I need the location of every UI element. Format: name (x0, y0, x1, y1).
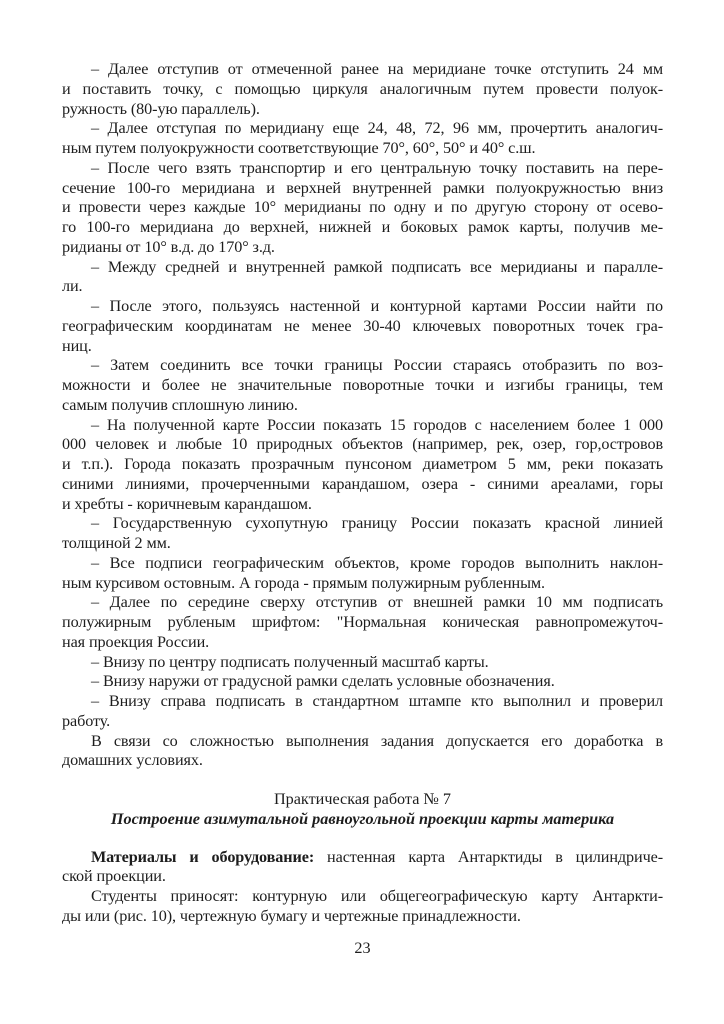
text-line: сечение 100-го меридиана и верхней внутр… (62, 179, 663, 199)
text-line: – Далее отступая по меридиану еще 24, 48… (62, 119, 663, 139)
text-line: ным курсивом остовным. А города - прямым… (62, 574, 663, 594)
paragraph: – На полученной карте России показать 15… (62, 416, 663, 515)
text-line: синими линиями, прочерченными карандашом… (62, 475, 663, 495)
text-line: можности и более не значительные поворот… (62, 376, 663, 396)
text-line: – Внизу наружи от градусной рамки сделат… (62, 672, 663, 692)
paragraph: – Между средней и внутренней рамкой подп… (62, 258, 663, 298)
body-text: – Далее отступив от отмеченной ранее на … (62, 60, 663, 771)
text-run: настенная карта Антарктиды в цилиндриче- (314, 848, 663, 866)
text-line: ли. (62, 277, 663, 297)
text-line: ской проекции. (62, 867, 663, 887)
text-line: 000 человек и любые 10 природных объекто… (62, 435, 663, 455)
text-line: – Затем соединить все точки границы Росс… (62, 356, 663, 376)
paragraph: Студенты приносят: контурную или общегео… (62, 887, 663, 927)
paragraph: В связи со сложностью выполнения задания… (62, 732, 663, 772)
paragraph: Материалы и оборудование: настенная карт… (62, 848, 663, 888)
text-line: и провести через каждые 10° меридианы по… (62, 198, 663, 218)
text-line: – Все подписи географическим объектов, к… (62, 554, 663, 574)
text-line: го 100-го меридиана до верхней, нижней и… (62, 218, 663, 238)
text-line: – На полученной карте России показать 15… (62, 416, 663, 436)
text-line: ридианы от 10° в.д. до 170° з.д. (62, 238, 663, 258)
text-line: географическим координатам не менее 30-4… (62, 317, 663, 337)
text-line: ным путем полуокружности соответствующие… (62, 139, 663, 159)
text-line: ды или (рис. 10), чертежную бумагу и чер… (62, 907, 663, 927)
paragraph: – После чего взять транспортир и его цен… (62, 159, 663, 258)
text-line: домашних условиях. (62, 751, 663, 771)
materials-text: Материалы и оборудование: настенная карт… (62, 848, 663, 927)
text-line: толщиной 2 мм. (62, 534, 663, 554)
paragraph: – Далее по середине сверху отступив от в… (62, 593, 663, 652)
text-line: – После этого, пользуясь настенной и кон… (62, 297, 663, 317)
paragraph: – После этого, пользуясь настенной и кон… (62, 297, 663, 356)
text-line: Материалы и оборудование: настенная карт… (62, 848, 663, 868)
text-line: В связи со сложностью выполнения задания… (62, 732, 663, 752)
section-heading-block: Практическая работа № 7 Построение азиму… (62, 790, 663, 830)
page-number: 23 (62, 939, 663, 959)
text-line: и хребты - коричневым карандашом. (62, 495, 663, 515)
section-title: Практическая работа № 7 (62, 790, 663, 810)
text-line: ная проекция России. (62, 633, 663, 653)
paragraph: – Внизу справа подписать в стандартном ш… (62, 692, 663, 732)
paragraph: – Внизу наружи от градусной рамки сделат… (62, 672, 663, 692)
document-page: – Далее отступив от отмеченной ранее на … (0, 0, 724, 1024)
text-line: полужирным рубленым шрифтом: "Нормальная… (62, 613, 663, 633)
text-line: – Внизу по центру подписать полученный м… (62, 653, 663, 673)
text-line: – Далее отступив от отмеченной ранее на … (62, 60, 663, 80)
text-line: самым получив сплошную линию. (62, 396, 663, 416)
paragraph: – Государственную сухопутную границу Рос… (62, 514, 663, 554)
section-subtitle: Построение азимутальной равноугольной пр… (62, 810, 663, 830)
bold-text-run: Материалы и оборудование: (91, 848, 314, 866)
text-line: работу. (62, 712, 663, 732)
text-line: – После чего взять транспортир и его цен… (62, 159, 663, 179)
text-line: и т.п.). Города показать прозрачным пунс… (62, 455, 663, 475)
paragraph: – Далее отступая по меридиану еще 24, 48… (62, 119, 663, 159)
paragraph: – Внизу по центру подписать полученный м… (62, 653, 663, 673)
paragraph: – Далее отступив от отмеченной ранее на … (62, 60, 663, 119)
text-line: – Внизу справа подписать в стандартном ш… (62, 692, 663, 712)
paragraph: – Затем соединить все точки границы Росс… (62, 356, 663, 415)
text-line: – Между средней и внутренней рамкой подп… (62, 258, 663, 278)
paragraph: – Все подписи географическим объектов, к… (62, 554, 663, 594)
text-line: ружность (80-ую параллель). (62, 100, 663, 120)
text-line: – Далее по середине сверху отступив от в… (62, 593, 663, 613)
text-line: Студенты приносят: контурную или общегео… (62, 887, 663, 907)
text-line: – Государственную сухопутную границу Рос… (62, 514, 663, 534)
text-line: ниц. (62, 337, 663, 357)
text-line: и поставить точку, с помощью циркуля ана… (62, 80, 663, 100)
